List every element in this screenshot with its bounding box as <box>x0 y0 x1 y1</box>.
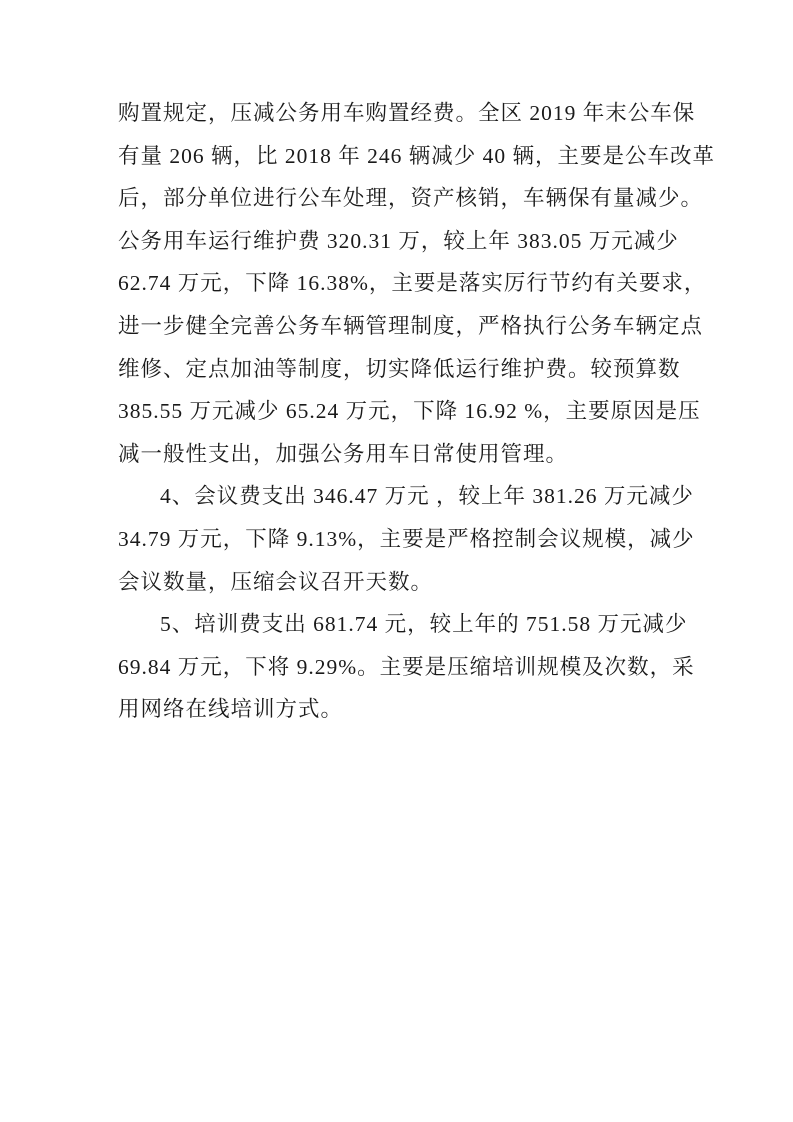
paragraph-official-vehicle-expenses-line-1: 购置规定，压减公务用车购置经费。全区 2019 年末公车保 <box>118 92 675 135</box>
paragraph-training-expenses-line-2: 69.84 万元，下将 9.29%。主要是压缩培训规模及次数，采 <box>118 646 675 689</box>
paragraph-official-vehicle-expenses-line-3: 后，部分单位进行公车处理，资产核销，车辆保有量减少。 <box>118 177 675 220</box>
paragraph-official-vehicle-expenses-line-5: 62.74 万元，下降 16.38%，主要是落实厉行节约有关要求， <box>118 262 675 305</box>
paragraph-training-expenses-line-3: 用网络在线培训方式。 <box>118 688 675 731</box>
paragraph-official-vehicle-expenses-line-7: 维修、定点加油等制度，切实降低运行维护费。较预算数 <box>118 348 675 391</box>
paragraph-meeting-expenses-line-2: 34.79 万元，下降 9.13%，主要是严格控制会议规模，减少 <box>118 518 675 561</box>
paragraph-meeting-expenses-line-1: 4、会议费支出 346.47 万元 ，较上年 381.26 万元减少 <box>118 475 675 518</box>
paragraph-official-vehicle-expenses-line-6: 进一步健全完善公务车辆管理制度，严格执行公务车辆定点 <box>118 305 675 348</box>
paragraph-official-vehicle-expenses-line-9: 减一般性支出，加强公务用车日常使用管理。 <box>118 433 675 476</box>
paragraph-official-vehicle-expenses-line-2: 有量 206 辆，比 2018 年 246 辆减少 40 辆，主要是公车改革 <box>118 135 675 178</box>
document-page: 购置规定，压减公务用车购置经费。全区 2019 年末公车保有量 206 辆，比 … <box>0 0 793 1122</box>
paragraph-official-vehicle-expenses-line-4: 公务用车运行维护费 320.31 万，较上年 383.05 万元减少 <box>118 220 675 263</box>
paragraph-meeting-expenses-line-3: 会议数量，压缩会议召开天数。 <box>118 561 675 604</box>
paragraph-official-vehicle-expenses-line-8: 385.55 万元减少 65.24 万元，下降 16.92 %，主要原因是压 <box>118 390 675 433</box>
paragraph-training-expenses-line-1: 5、培训费支出 681.74 元，较上年的 751.58 万元减少 <box>118 603 675 646</box>
document-body: 购置规定，压减公务用车购置经费。全区 2019 年末公车保有量 206 辆，比 … <box>118 92 675 731</box>
